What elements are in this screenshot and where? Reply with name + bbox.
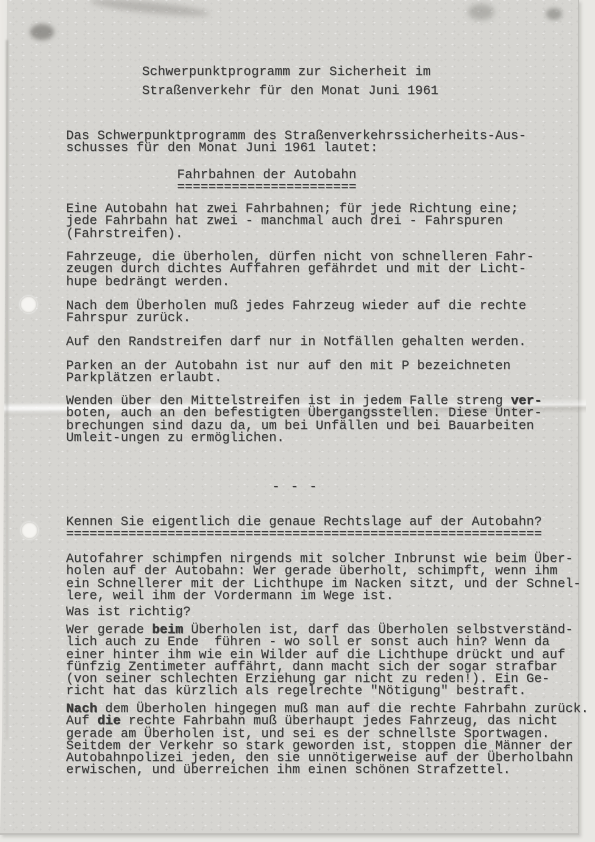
- ink-smudge: [546, 8, 562, 20]
- text-line: Fahrspur zurück.: [66, 312, 526, 324]
- section2-heading-underline: ========================================…: [66, 528, 542, 540]
- section1-heading-underline: =======================: [177, 181, 356, 193]
- text-line: erwischen, und überreichen ihm einen sch…: [66, 764, 589, 776]
- intro-paragraph: Das Schwerpunktprogramm des Straßenverke…: [66, 130, 526, 155]
- section1-heading: Fahrbahnen der Autobahn ================…: [177, 169, 356, 194]
- punch-hole-bottom: [21, 522, 38, 539]
- ink-smudge: [468, 4, 494, 20]
- scanned-document-background: { "colors": { "paper": "#d6d5d1", "ink":…: [0, 0, 595, 842]
- text-line: Parkplätzen erlaubt.: [66, 372, 511, 384]
- document-page: Schwerpunktprogramm zur Sicherheit imStr…: [0, 0, 579, 835]
- text-line: Umleit-ungen zu ermöglichen.: [66, 432, 542, 444]
- text-line: lere, weil ihm der Vordermann im Wege is…: [66, 590, 581, 602]
- paragraph-nach-dem-ueberholen: Nach dem Überholen hingegen muß man auf …: [66, 703, 589, 777]
- text-line: schusses für den Monat Juni 1961 lautet:: [66, 142, 526, 154]
- question-was-ist-richtig: Was ist richtig?: [66, 606, 191, 618]
- paragraph-ueberholen-rechtslage: Wer gerade beim Überholen ist, darf das …: [66, 624, 573, 698]
- text-line: (Fahrstreifen).: [66, 228, 518, 240]
- section-separator: - - -: [272, 481, 319, 493]
- paragraph-randstreifen: Auf den Randstreifen darf nur in Notfäll…: [66, 336, 526, 348]
- ink-smudge: [90, 0, 210, 19]
- paragraph-rechte-fahrspur: Nach dem Überholen muß jedes Fahrzeug wi…: [66, 300, 526, 325]
- text-line: Straßenverkehr für den Monat Juni 1961: [142, 81, 438, 100]
- paragraph-parken: Parken an der Autobahn ist nur auf den m…: [66, 360, 511, 385]
- section2-heading: Kennen Sie eigentlich die genaue Rechtsl…: [66, 516, 542, 541]
- text-line: Schwerpunktprogramm zur Sicherheit im: [142, 62, 438, 81]
- text-line: richt hat das kürzlich als regelrechte "…: [66, 685, 573, 697]
- text-line: Auf den Randstreifen darf nur in Notfäll…: [66, 336, 526, 348]
- punch-hole-top: [20, 296, 37, 313]
- ink-smudge: [30, 24, 54, 40]
- document-title: Schwerpunktprogramm zur Sicherheit imStr…: [142, 62, 438, 100]
- paragraph-ueberholen-lichthupe: Fahrzeuge, die überholen, dürfen nicht v…: [66, 251, 534, 288]
- paragraph-wenden-verboten: Wenden über den Mittelstreifen ist in je…: [66, 395, 542, 444]
- text-line: hupe bedrängt werden.: [66, 276, 534, 288]
- paper-left-edge-shadow: [6, 40, 8, 740]
- paragraph-autofahrer-schimpfen: Autofahrer schimpfen nirgends mit solche…: [66, 553, 581, 602]
- paragraph-autobahn-fahrbahnen: Eine Autobahn hat zwei Fahrbahnen; für j…: [66, 203, 518, 240]
